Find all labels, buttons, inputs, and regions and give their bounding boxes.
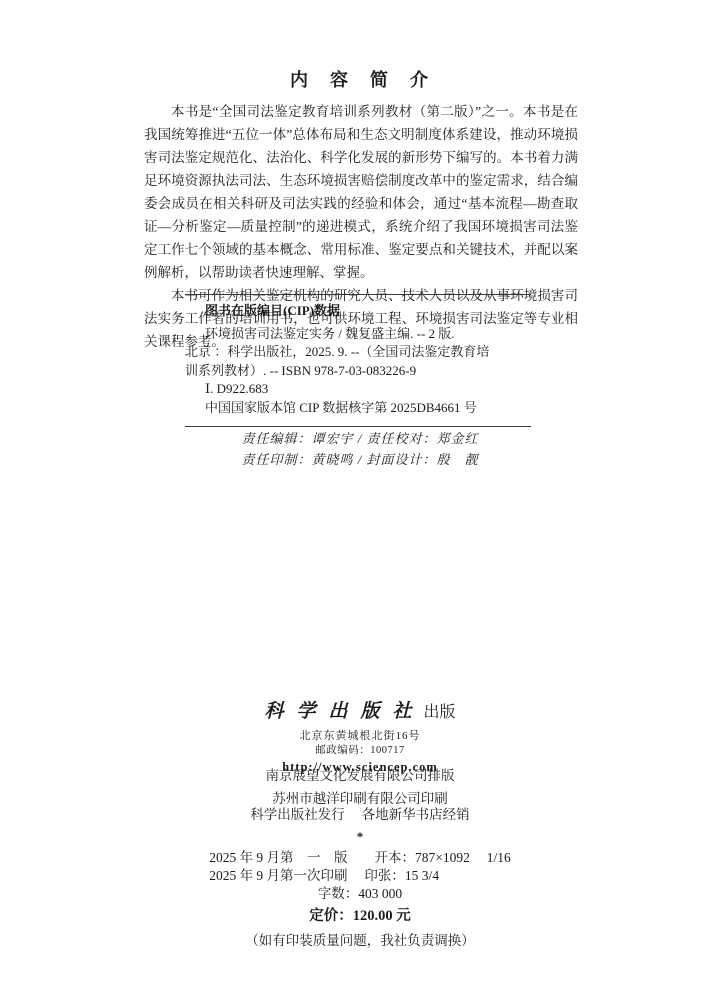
typesetter-line: 南京展望文化发展有限公司排版 (0, 768, 720, 784)
credits-editor-line: 责任编辑：谭宏宇 / 责任校对：郑金红 (0, 428, 720, 449)
publisher-postcode: 邮政编码：100717 (0, 744, 720, 758)
price-line: 定价：120.00 元 (0, 907, 720, 925)
publisher-block: 科学出版社 出版 北京东黄城根北街16号 邮政编码：100717 http://… (0, 696, 720, 775)
credits-printing-line: 责任印制：黄晓鸣 / 封面设计：殷 靓 (0, 449, 720, 470)
printer-line: 苏州市越洋印刷有限公司印刷 (0, 791, 720, 807)
cip-title-line: 环境损害司法鉴定实务 / 魏复盛主编. -- 2 版. (185, 325, 531, 344)
publisher-suffix: 出版 (424, 704, 456, 721)
publisher-logo-line: 科学出版社 出版 (0, 696, 720, 723)
cip-header: 图书在版编目(CIP)数据 (185, 302, 531, 321)
editorial-credits: 责任编辑：谭宏宇 / 责任校对：郑金红 责任印制：黄晓鸣 / 封面设计：殷 靓 (0, 428, 720, 470)
edition-line-1: 2025 年 9 月第 一 版 开本：787×1092 1/16 (209, 849, 511, 867)
cip-classification-line: Ⅰ. D922.683 (185, 380, 531, 399)
distributor-line: 科学出版社发行 各地新华书店经销 (0, 807, 720, 823)
word-count-line: 字数：403 000 (0, 885, 720, 903)
cip-publisher-line: 北京 ：科学出版社，2025. 9. --（全国司法鉴定教育培 (185, 343, 531, 362)
copyright-page: 内 容 简 介 本书是“全国司法鉴定教育培训系列教材（第二版）”之一。本书是在我… (0, 0, 720, 1000)
production-block: 南京展望文化发展有限公司排版 苏州市越洋印刷有限公司印刷 科学出版社发行 各地新… (0, 768, 720, 823)
intro-paragraph-1: 本书是“全国司法鉴定教育培训系列教材（第二版）”之一。本书是在我国统筹推进“五位… (144, 100, 578, 284)
edition-line-2: 2025 年 9 月第一次印刷 印张：15 3/4 (209, 867, 511, 885)
cip-data-box: 图书在版编目(CIP)数据 环境损害司法鉴定实务 / 魏复盛主编. -- 2 版… (185, 294, 531, 427)
cip-isbn-line: 训系列教材）. -- ISBN 978-7-03-083226-9 (185, 362, 531, 381)
publisher-logo: 科学出版社 (264, 701, 424, 722)
publisher-address: 北京东黄城根北街16号 (0, 729, 720, 744)
edition-details: 2025 年 9 月第 一 版 开本：787×1092 1/16 2025 年 … (209, 849, 511, 885)
quality-note: （如有印装质量问题，我社负责调换） (0, 932, 720, 950)
cip-record-number-line: 中国国家版本馆 CIP 数据核字第 2025DB4661 号 (185, 399, 531, 418)
edition-block: 2025 年 9 月第 一 版 开本：787×1092 1/16 2025 年 … (0, 849, 720, 950)
star-separator: * (0, 829, 720, 845)
page-title: 内 容 简 介 (0, 66, 720, 92)
